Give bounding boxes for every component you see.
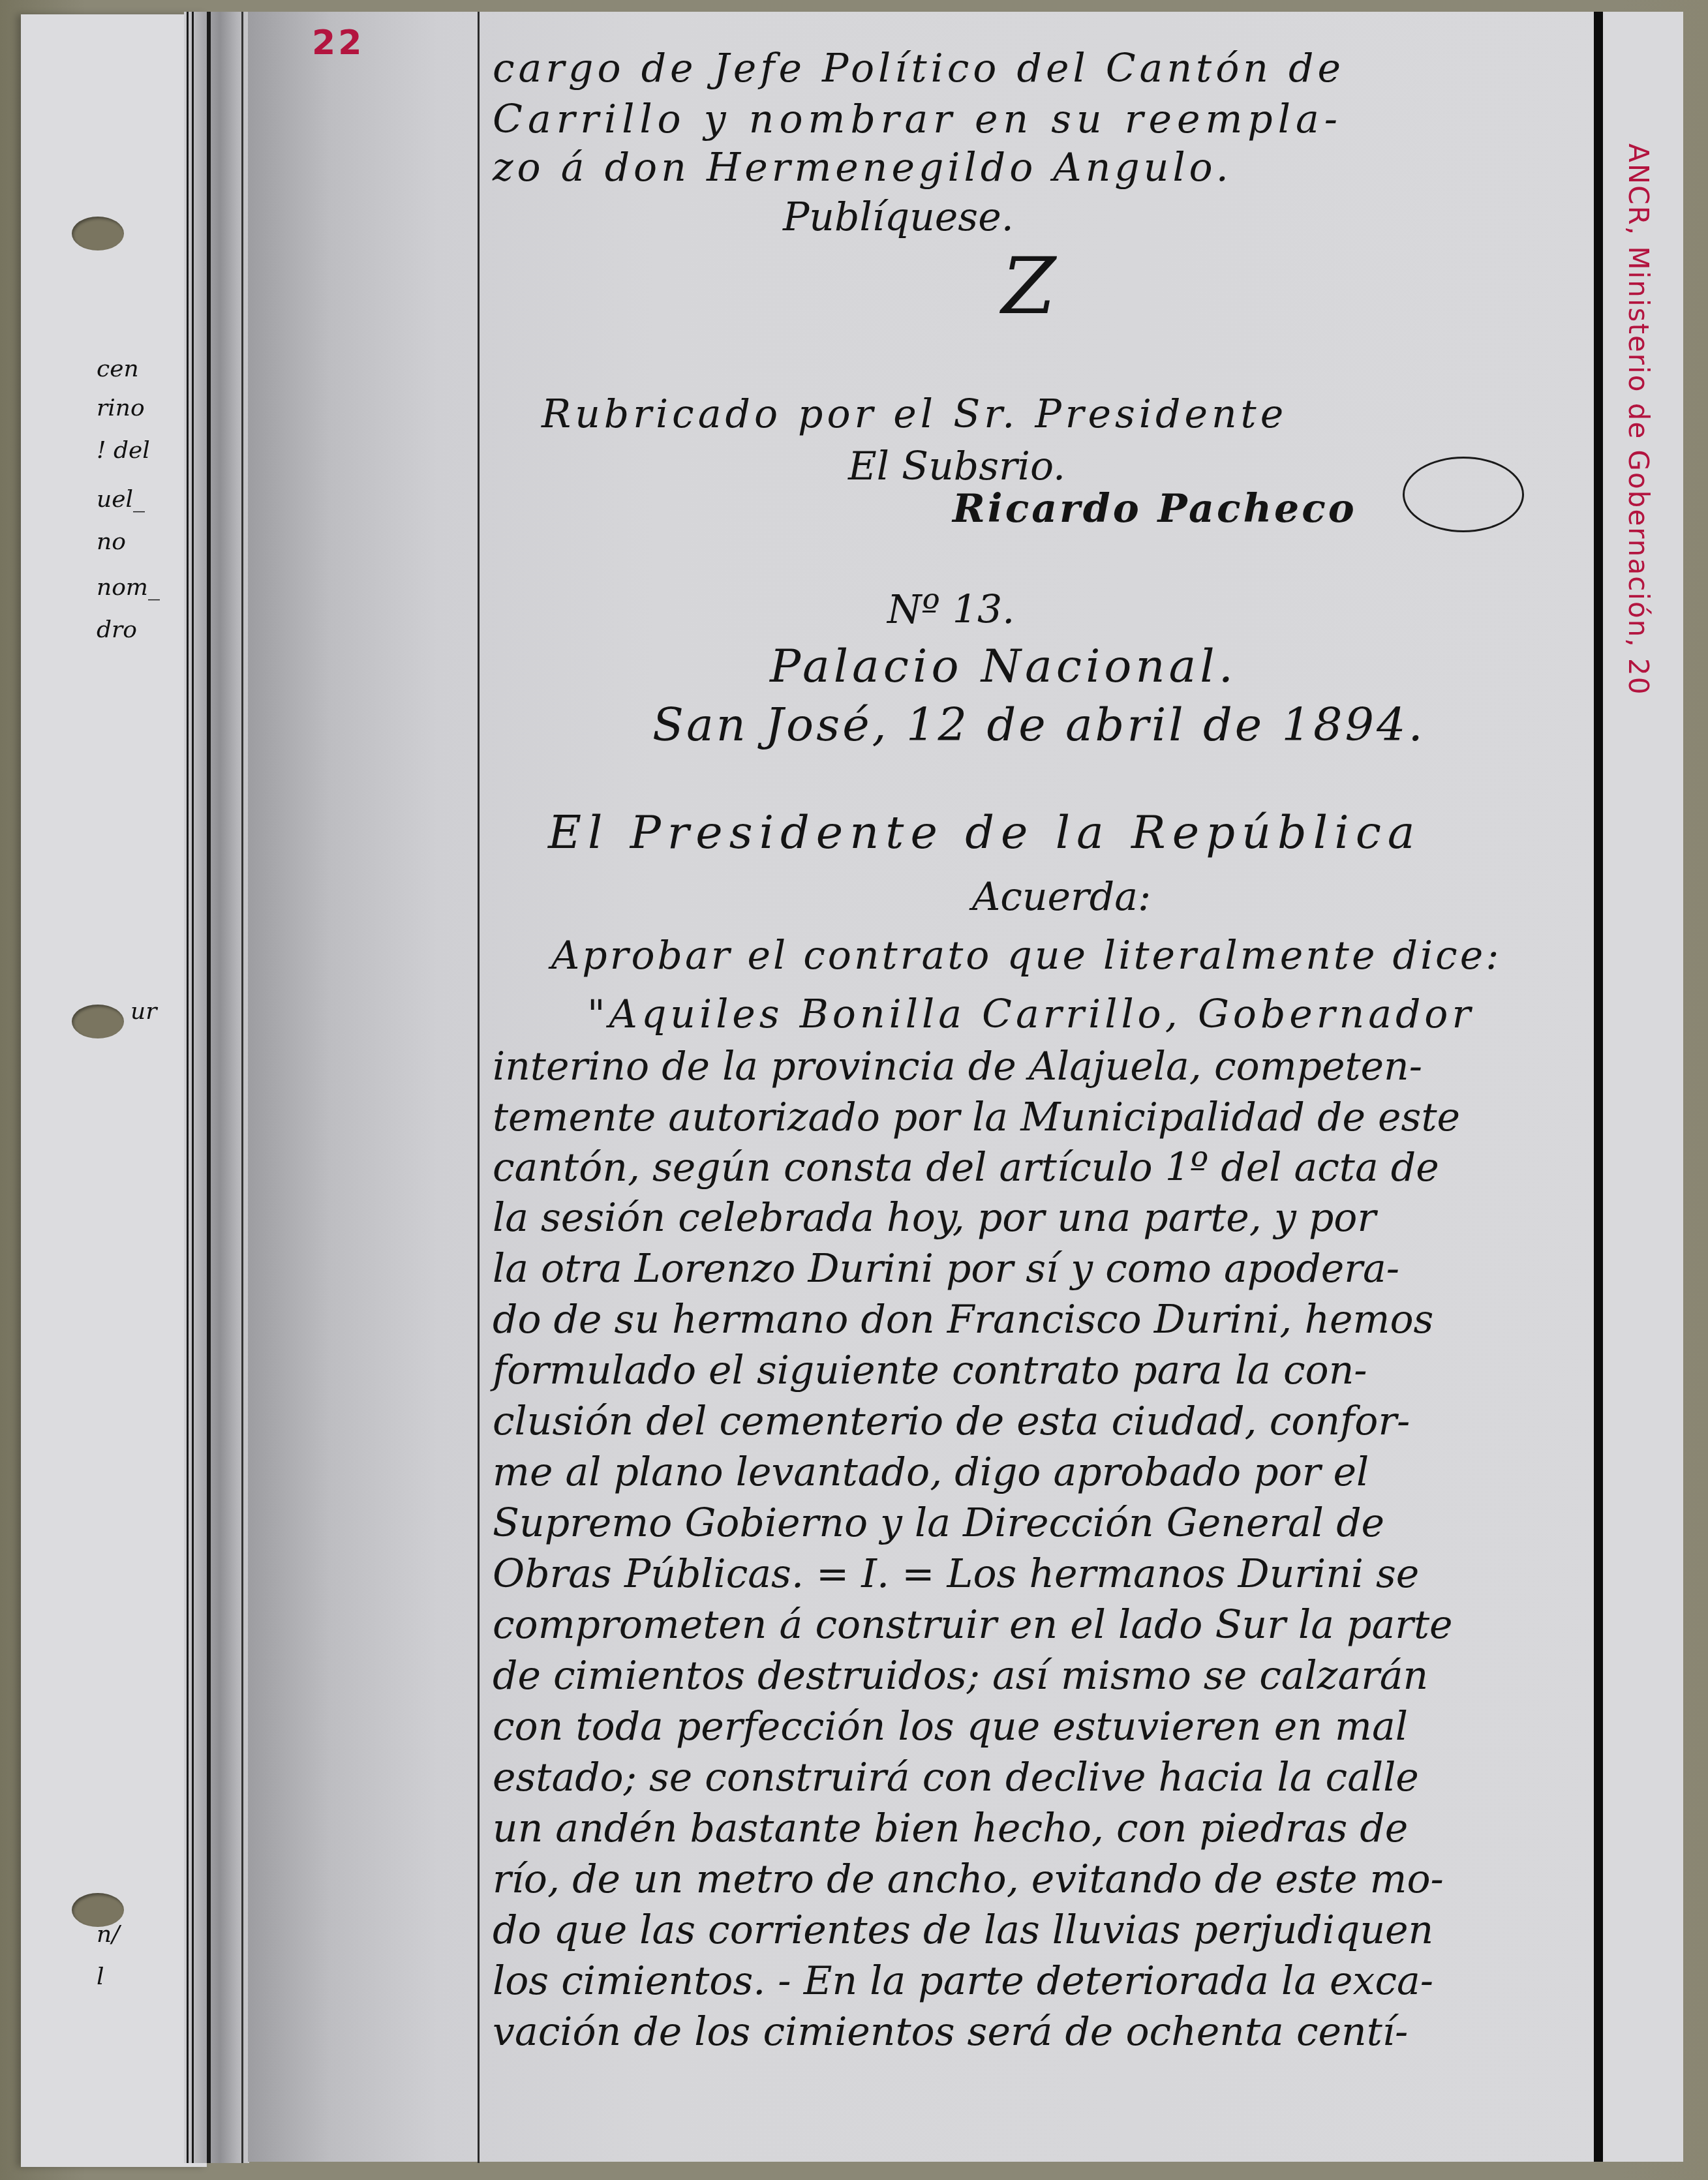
binder-hole-top bbox=[72, 217, 124, 250]
margin-rule bbox=[478, 12, 480, 2163]
left-stub-sheet bbox=[21, 14, 207, 2167]
page-edge-shadow bbox=[1594, 12, 1603, 2162]
body-line: río, de un metro de ancho, evitando de e… bbox=[493, 1856, 1444, 1902]
signature: Ricardo Pacheco bbox=[953, 486, 1357, 532]
body-line: do que las corrientes de las lluvias per… bbox=[493, 1907, 1433, 1953]
binding-line bbox=[192, 12, 194, 2163]
stub-fragment: nom_ bbox=[97, 574, 160, 601]
stub-fragment: rino bbox=[97, 395, 145, 421]
archive-reference: ANCR, Ministerio de Gobernación, 20 bbox=[1617, 144, 1656, 678]
body-line: do de su hermano don Francisco Durini, h… bbox=[493, 1297, 1433, 1342]
signature-flourish bbox=[1403, 457, 1524, 532]
stub-fragment: cen bbox=[97, 356, 139, 382]
date-line: San José, 12 de abril de 1894. bbox=[652, 698, 1426, 751]
body-line: comprometen á construir en el lado Sur l… bbox=[493, 1602, 1453, 1648]
binding-line bbox=[187, 12, 189, 2163]
stub-fragment: l bbox=[97, 1963, 104, 1990]
body-line: me al plano levantado, digo aprobado por… bbox=[493, 1449, 1369, 1495]
body-line: de cimientos destruidos; así mismo se ca… bbox=[493, 1653, 1428, 1699]
body-line: temente autorizado por la Municipalidad … bbox=[493, 1095, 1460, 1140]
body-line: Aprobar el contrato que literalmente dic… bbox=[551, 933, 1501, 978]
stub-fragment: ! del bbox=[97, 437, 150, 464]
body-line: estado; se construirá con declive hacia … bbox=[493, 1755, 1419, 1800]
subsecretario-label: El Subsrio. bbox=[848, 444, 1065, 489]
archive-reference-text: ANCR, Ministerio de Gobernación, 20 bbox=[1623, 144, 1655, 695]
heading: El Presidente de la República bbox=[548, 806, 1422, 859]
body-line: la otra Lorenzo Durini por sí y como apo… bbox=[493, 1246, 1399, 1292]
publiquese: Publíquese. bbox=[783, 194, 1014, 240]
binding-gutter bbox=[184, 12, 249, 2163]
body-line: Obras Públicas. = I. = Los hermanos Duri… bbox=[493, 1551, 1419, 1597]
body-line: cantón, según consta del artículo 1º del… bbox=[493, 1145, 1439, 1190]
stub-fragment: ur bbox=[130, 998, 157, 1025]
body-line: la sesión celebrada hoy, por una parte, … bbox=[493, 1195, 1376, 1241]
body-line: formulado el siguiente contrato para la … bbox=[493, 1348, 1367, 1393]
body-line: clusión del cementerio de esta ciudad, c… bbox=[493, 1399, 1410, 1444]
acuerda: Acuerda: bbox=[972, 874, 1151, 920]
continuation-line: Carrillo y nombrar en su reempla- bbox=[493, 97, 1343, 142]
body-line: Supremo Gobierno y la Dirección General … bbox=[493, 1500, 1384, 1546]
stub-fragment: dro bbox=[97, 616, 137, 643]
entry-number: Nº 13. bbox=[887, 587, 1014, 633]
binding-line bbox=[241, 12, 243, 2163]
page-number: 22 bbox=[312, 23, 364, 63]
body-line: vación de los cimientos será de ochenta … bbox=[493, 2009, 1408, 2055]
body-line: con toda perfección los que estuvieren e… bbox=[493, 1704, 1408, 1749]
body-line: "Aquiles Bonilla Carrillo, Gobernador bbox=[587, 992, 1474, 1037]
rubricado-line: Rubricado por el Sr. Presidente bbox=[541, 391, 1287, 437]
stub-fragment: uel_ bbox=[97, 486, 145, 513]
stub-fragment: no bbox=[97, 528, 126, 555]
body-line: interino de la provincia de Alajuela, co… bbox=[493, 1044, 1422, 1089]
stub-fragment: n/ bbox=[97, 1921, 119, 1948]
body-line: un andén bastante bien hecho, con piedra… bbox=[493, 1806, 1408, 1851]
binder-hole-middle bbox=[72, 1005, 124, 1038]
rubric-mark: Z bbox=[1001, 241, 1056, 332]
body-line: los cimientos. - En la parte deteriorada… bbox=[493, 1958, 1433, 2004]
binding-line bbox=[207, 12, 211, 2163]
continuation-line: zo á don Hermenegildo Angulo. bbox=[493, 145, 1232, 190]
place-line: Palacio Nacional. bbox=[770, 639, 1237, 693]
continuation-line: cargo de Jefe Político del Cantón de bbox=[493, 46, 1345, 91]
